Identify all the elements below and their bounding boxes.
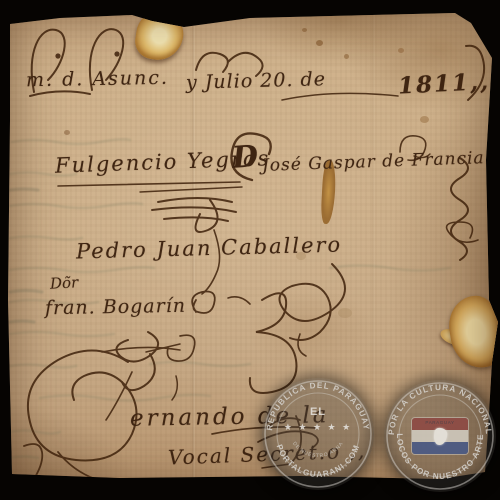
dateline-year: 1811,,, <box>397 67 500 99</box>
seal-left-stars-icon: ★ ★ ★ ★ ★ <box>262 422 374 433</box>
signature-bogarin-prefix: Dõr <box>50 273 79 292</box>
svg-text:DE NUESTRO ARNA: DE NUESTRO ARNA <box>291 441 345 459</box>
svg-text:PORTALGUARANI.COM: PORTALGUARANI.COM <box>275 443 362 479</box>
manuscript-photo: m. d. Asunc. y Julio 20. de 1811,,, Fulg… <box>0 0 500 500</box>
signature-bogarin: fran. Bogarín <box>45 295 186 319</box>
paraguay-flag-icon: PARAGUAY <box>412 418 468 454</box>
signature-francia-initial: D <box>231 139 259 176</box>
seal-left-rings: REPUBLICA DEL PARAGUAY PORTALGUARANI.COM… <box>262 378 374 490</box>
flag-label: PARAGUAY <box>412 420 468 425</box>
seal-left-arc-bottom: PORTALGUARANI.COM <box>275 443 362 479</box>
dateline-place: m. d. Asunc. <box>26 67 169 91</box>
seal-left-arc-center: DE NUESTRO ARNA <box>291 441 345 459</box>
watermark-seal-right: POR LA CULTURA NACIONAL ● LOCOS POR NUES… <box>384 380 496 492</box>
watermark-seal-left: REPUBLICA DEL PARAGUAY PORTALGUARANI.COM… <box>262 378 374 490</box>
dateline-middle: y Julio 20. de <box>186 68 326 94</box>
seal-left-title: EL <box>262 406 374 418</box>
